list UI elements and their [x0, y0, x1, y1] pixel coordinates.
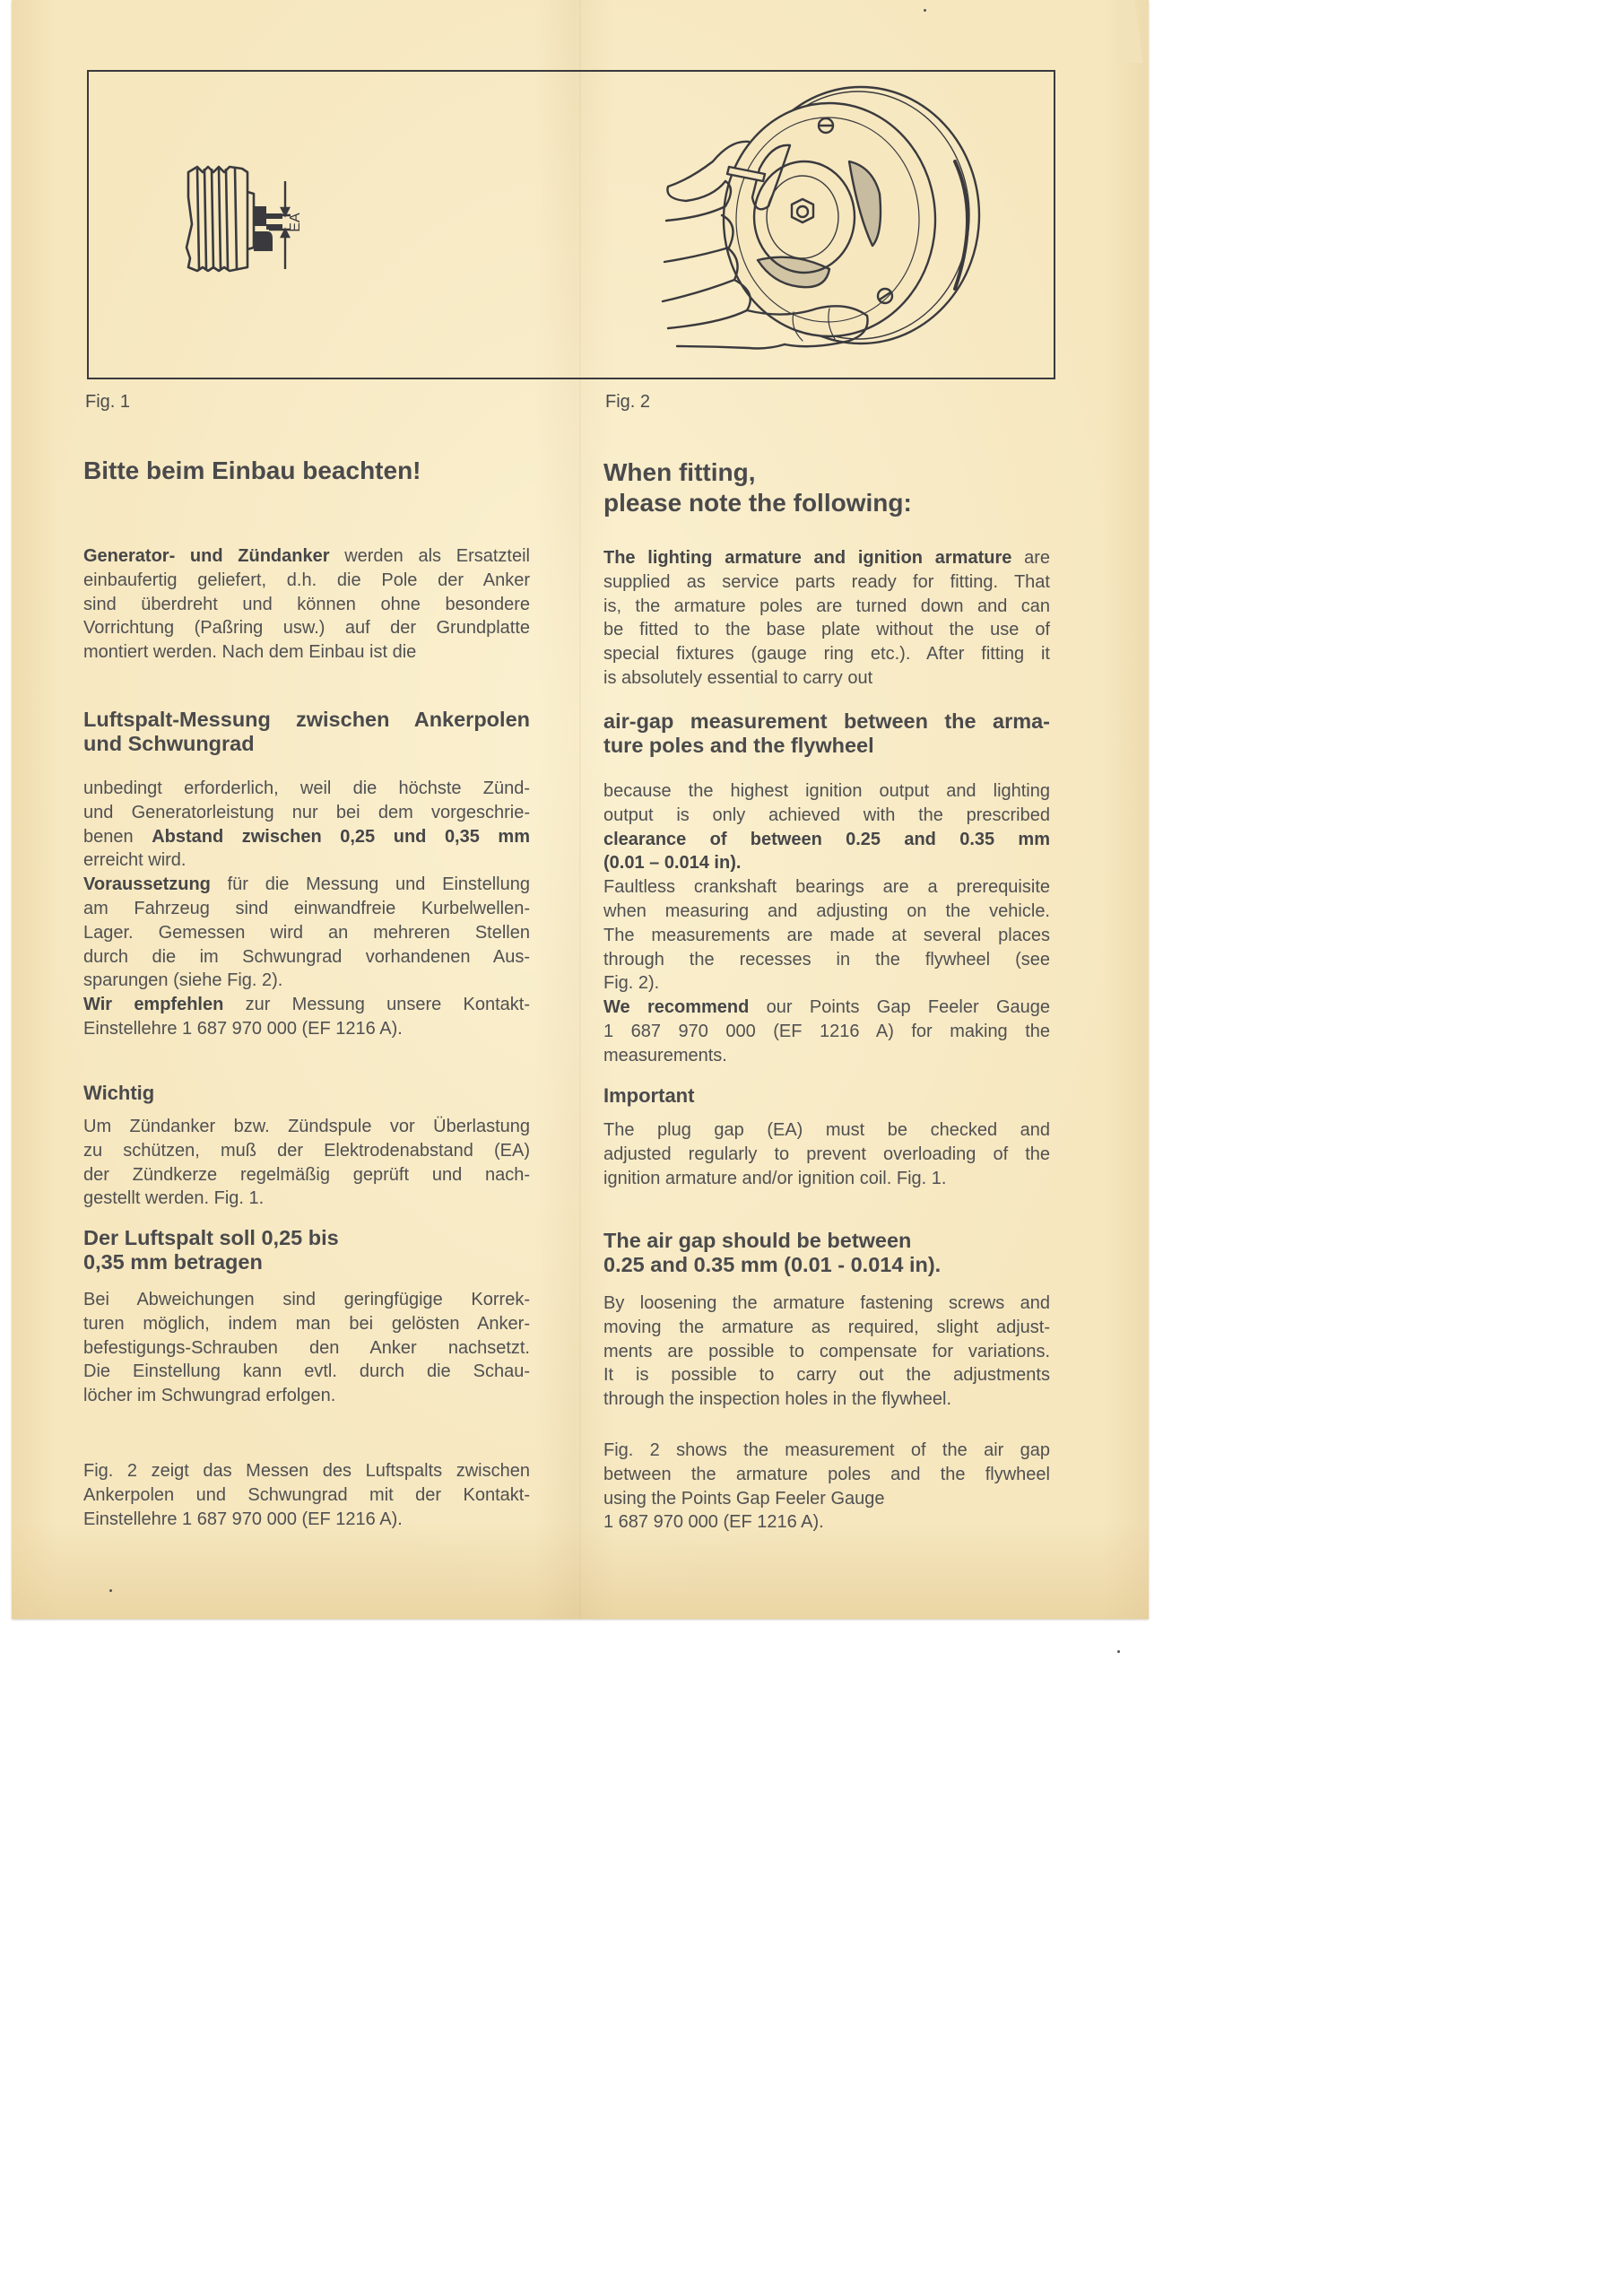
text-line: It is possible to carry out the adjustme… — [603, 1363, 1050, 1387]
english-important-heading: Important — [603, 1083, 694, 1108]
german-gap-paragraph: Bei Abweichungen sind geringfügige Korre… — [83, 1288, 530, 1408]
heading-line: 0.25 and 0.35 mm (0.01 - 0.014 in). — [603, 1253, 941, 1277]
text-line: durch die im Schwungrad vorhandenen Aus- — [83, 945, 530, 970]
text-line: Fig. 2 zeigt das Messen des Luftspalts z… — [83, 1459, 530, 1483]
text-line: be fitted to the base plate without the … — [603, 618, 1050, 642]
text-line: Einstellehre 1 687 970 000 (EF 1216 A). — [83, 1508, 530, 1532]
heading-line: und Schwungrad — [83, 732, 530, 756]
german-intro-paragraph: Generator- und Zündanker werden als Ersa… — [83, 544, 530, 665]
heading-line: 0,35 mm betragen — [83, 1250, 339, 1274]
text-line: turen möglich, indem man bei gelösten An… — [83, 1312, 530, 1336]
text-line: because the highest ignition output and … — [603, 779, 1050, 804]
english-title: When fitting, please note the following: — [603, 457, 912, 518]
text-line: Um Zündanker bzw. Zündspule vor Überlast… — [83, 1115, 530, 1139]
english-important-paragraph: The plug gap (EA) must be checked andadj… — [603, 1118, 1050, 1190]
text-line: Voraussetzung für die Messung und Einste… — [83, 873, 530, 897]
heading-line: air-gap measurement between the arma- — [603, 709, 1050, 734]
english-gap-paragraph: By loosening the armature fastening scre… — [603, 1291, 1050, 1412]
ea-dimension-label: EA — [288, 213, 303, 232]
text-line: zu schützen, muß der Elektrodenabstand (… — [83, 1139, 530, 1163]
text-line: The measurements are made at several pla… — [603, 924, 1050, 948]
text-line: unbedingt erforderlich, weil die höchste… — [83, 777, 530, 801]
text-line: gestellt werden. Fig. 1. — [83, 1187, 530, 1211]
german-measurement-heading: Luftspalt-Messung zwischen Ankerpolen un… — [83, 708, 530, 756]
text-line: am Fahrzeug sind einwandfreie Kurbelwell… — [83, 897, 530, 921]
text-line: erreicht wird. — [83, 848, 530, 873]
text-line: Bei Abweichungen sind geringfügige Korre… — [83, 1288, 530, 1312]
text-line: We recommend our Points Gap Feeler Gauge — [603, 996, 1050, 1020]
text-line: adjusted regularly to prevent overloadin… — [603, 1143, 1050, 1167]
text-line: Ankerpolen und Schwungrad mit der Kontak… — [83, 1483, 530, 1508]
heading-line: Der Luftspalt soll 0,25 bis — [83, 1226, 339, 1250]
text-line: befestigungs-Schrauben den Anker nachset… — [83, 1336, 530, 1361]
text-line: The lighting armature and ignition armat… — [603, 546, 1050, 570]
text-line: The plug gap (EA) must be checked and — [603, 1118, 1050, 1143]
text-line: measurements. — [603, 1044, 1050, 1068]
text-line: Einstellehre 1 687 970 000 (EF 1216 A). — [83, 1017, 530, 1041]
text-line: löcher im Schwungrad erfolgen. — [83, 1384, 530, 1408]
text-line: und Generatorleistung nur bei dem vorges… — [83, 801, 530, 825]
text-line: special fixtures (gauge ring etc.). Afte… — [603, 642, 1050, 666]
text-line: through the inspection holes in the flyw… — [603, 1387, 1050, 1412]
text-line: clearance of between 0.25 and 0.35 mm — [603, 828, 1050, 852]
text-line: is absolutely essential to carry out — [603, 666, 1050, 691]
heading-line: ture poles and the flywheel — [603, 734, 1050, 758]
text-line: ments are possible to compensate for var… — [603, 1340, 1050, 1364]
scan-speck — [109, 1589, 112, 1592]
text-line: sind überdreht und können ohne besondere — [83, 593, 530, 617]
text-line: using the Points Gap Feeler Gauge — [603, 1487, 1050, 1511]
text-line: sparungen (siehe Fig. 2). — [83, 969, 530, 993]
english-measurement-paragraph: because the highest ignition output and … — [603, 779, 1050, 1068]
title-line: When fitting, — [603, 457, 912, 488]
text-line: Fig. 2). — [603, 971, 1050, 996]
heading-line: Luftspalt-Messung zwischen Ankerpolen — [83, 708, 530, 732]
text-line: between the armature poles and the flywh… — [603, 1463, 1050, 1487]
scan-speck — [1117, 1650, 1120, 1653]
text-line: By loosening the armature fastening scre… — [603, 1291, 1050, 1316]
german-important-heading: Wichtig — [83, 1081, 154, 1105]
text-line: montiert werden. Nach dem Einbau ist die — [83, 640, 530, 665]
text-line: 1 687 970 000 (EF 1216 A). — [603, 1510, 1050, 1535]
text-line: benen Abstand zwischen 0,25 und 0,35 mm — [83, 825, 530, 849]
text-line: einbaufertig geliefert, d.h. die Pole de… — [83, 569, 530, 593]
english-intro-paragraph: The lighting armature and ignition armat… — [603, 546, 1050, 691]
text-line: Die Einstellung kann evtl. durch die Sch… — [83, 1360, 530, 1384]
text-line: is, the armature poles are turned down a… — [603, 595, 1050, 619]
spark-plug-gap-illustration: EA — [179, 161, 305, 287]
text-line: 1 687 970 000 (EF 1216 A) for making the — [603, 1020, 1050, 1044]
figure-1-caption: Fig. 1 — [85, 392, 130, 413]
german-gap-heading: Der Luftspalt soll 0,25 bis 0,35 mm betr… — [83, 1226, 339, 1274]
text-line: supplied as service parts ready for fitt… — [603, 570, 1050, 595]
text-line: (0.01 – 0.014 in). — [603, 851, 1050, 875]
figure-2-caption: Fig. 2 — [605, 392, 650, 413]
german-important-paragraph: Um Zündanker bzw. Zündspule vor Überlast… — [83, 1115, 530, 1211]
english-gap-heading: The air gap should be between 0.25 and 0… — [603, 1229, 941, 1277]
text-line: output is only achieved with the prescri… — [603, 804, 1050, 828]
text-line: Faultless crankshaft bearings are a prer… — [603, 875, 1050, 900]
scan-speck — [924, 9, 926, 12]
text-line: moving the armature as required, slight … — [603, 1316, 1050, 1340]
text-line: ignition armature and/or ignition coil. … — [603, 1167, 1050, 1191]
german-title: Bitte beim Einbau beachten! — [83, 456, 421, 486]
english-measurement-heading: air-gap measurement between the arma- tu… — [603, 709, 1050, 758]
text-line: through the recesses in the flywheel (se… — [603, 948, 1050, 972]
text-line: Wir empfehlen zur Messung unsere Kontakt… — [83, 993, 530, 1017]
text-line: when measuring and adjusting on the vehi… — [603, 900, 1050, 924]
german-fig2-note: Fig. 2 zeigt das Messen des Luftspalts z… — [83, 1459, 530, 1531]
text-line: der Zündkerze regelmäßig geprüft und nac… — [83, 1163, 530, 1187]
text-line: Generator- und Zündanker werden als Ersa… — [83, 544, 530, 569]
text-line: Vorrichtung (Paßring usw.) auf der Grund… — [83, 616, 530, 640]
text-line: Lager. Gemessen wird an mehreren Stellen — [83, 921, 530, 945]
english-fig2-note: Fig. 2 shows the measurement of the air … — [603, 1439, 1050, 1535]
text-line: Fig. 2 shows the measurement of the air … — [603, 1439, 1050, 1463]
title-line: please note the following: — [603, 488, 912, 518]
german-measurement-paragraph: unbedingt erforderlich, weil die höchste… — [83, 777, 530, 1041]
heading-line: The air gap should be between — [603, 1229, 941, 1253]
flywheel-measurement-illustration — [659, 81, 991, 359]
